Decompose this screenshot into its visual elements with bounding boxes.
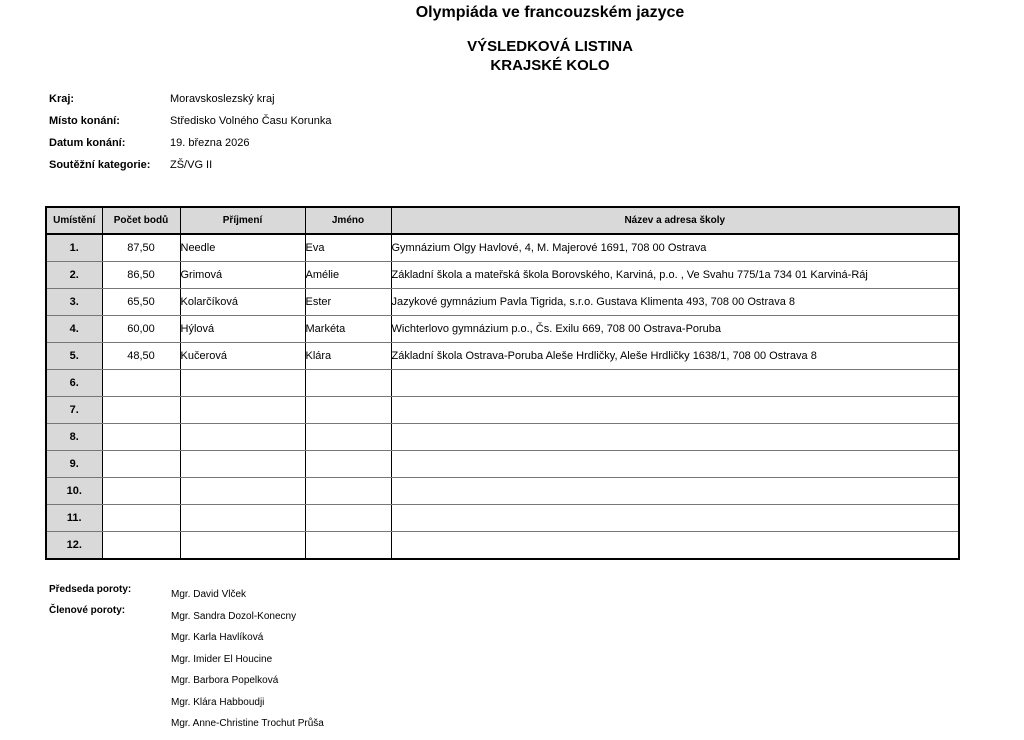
surname-cell: Kolarčíková (180, 289, 305, 316)
rank-cell: 9. (46, 451, 102, 478)
points-cell: 86,50 (102, 262, 180, 289)
points-cell (102, 478, 180, 505)
surname-cell: Grimová (180, 262, 305, 289)
surname-cell (180, 370, 305, 397)
surname-cell: Hýlová (180, 316, 305, 343)
jury-chair-label: Předseda poroty: (49, 584, 131, 595)
table-row: 8. (46, 424, 959, 451)
points-cell: 48,50 (102, 343, 180, 370)
school-cell: Wichterlovo gymnázium p.o., Čs. Exilu 66… (391, 316, 959, 343)
header-name: Jméno (305, 207, 391, 234)
name-cell: Klára (305, 343, 391, 370)
name-cell: Amélie (305, 262, 391, 289)
surname-cell (180, 397, 305, 424)
jury-members-label: Členové poroty: (49, 605, 125, 616)
info-row-venue: Místo konání: Středisko Volného Času Kor… (49, 115, 449, 137)
surname-cell (180, 532, 305, 560)
table-row: 6. (46, 370, 959, 397)
info-label: Datum konání: (49, 137, 125, 149)
name-cell (305, 478, 391, 505)
school-cell: Základní škola a mateřská škola Borovské… (391, 262, 959, 289)
table-row: 1.87,50NeedleEvaGymnázium Olgy Havlové, … (46, 234, 959, 262)
rank-cell: 2. (46, 262, 102, 289)
rank-cell: 1. (46, 234, 102, 262)
jury-member: Mgr. Karla Havlíková (171, 632, 324, 654)
surname-cell: Kučerová (180, 343, 305, 370)
school-cell (391, 532, 959, 560)
school-cell (391, 451, 959, 478)
rank-cell: 5. (46, 343, 102, 370)
rank-cell: 11. (46, 505, 102, 532)
name-cell (305, 451, 391, 478)
surname-cell (180, 451, 305, 478)
rank-cell: 12. (46, 532, 102, 560)
name-cell (305, 370, 391, 397)
points-cell (102, 424, 180, 451)
school-cell (391, 505, 959, 532)
name-cell: Markéta (305, 316, 391, 343)
table-row: 4.60,00HýlováMarkétaWichterlovo gymnáziu… (46, 316, 959, 343)
rank-cell: 3. (46, 289, 102, 316)
rank-cell: 4. (46, 316, 102, 343)
subtitle-line-1: VÝSLEDKOVÁ LISTINA (0, 37, 1024, 56)
results-body: 1.87,50NeedleEvaGymnázium Olgy Havlové, … (46, 234, 959, 559)
table-row: 2.86,50GrimováAmélieZákladní škola a mat… (46, 262, 959, 289)
school-cell (391, 424, 959, 451)
jury-member: Mgr. Sandra Dozol-Konecny (171, 611, 324, 633)
school-cell (391, 478, 959, 505)
name-cell (305, 424, 391, 451)
table-row: 9. (46, 451, 959, 478)
info-value: 19. března 2026 (170, 137, 250, 149)
table-row: 10. (46, 478, 959, 505)
rank-cell: 7. (46, 397, 102, 424)
surname-cell: Needle (180, 234, 305, 262)
school-cell (391, 370, 959, 397)
document-title: Olympiáda ve francouzském jazyce (0, 4, 1024, 22)
info-value: Středisko Volného Času Korunka (170, 115, 331, 127)
surname-cell (180, 505, 305, 532)
table-row: 3.65,50KolarčíkováEsterJazykové gymnáziu… (46, 289, 959, 316)
document-subtitle: VÝSLEDKOVÁ LISTINA KRAJSKÉ KOLO (0, 37, 1024, 75)
info-row-category: Soutěžní kategorie: ZŠ/VG II (49, 159, 449, 181)
points-cell: 65,50 (102, 289, 180, 316)
jury-member: Mgr. Barbora Popelková (171, 675, 324, 697)
rank-cell: 6. (46, 370, 102, 397)
info-row-region: Kraj: Moravskoslezský kraj (49, 93, 449, 115)
name-cell (305, 397, 391, 424)
table-row: 12. (46, 532, 959, 560)
name-cell: Ester (305, 289, 391, 316)
info-value: Moravskoslezský kraj (170, 93, 275, 105)
jury-member: Mgr. David Vlček (171, 589, 324, 611)
jury-member: Mgr. Imider El Houcine (171, 654, 324, 676)
surname-cell (180, 424, 305, 451)
subtitle-line-2: KRAJSKÉ KOLO (0, 56, 1024, 75)
school-cell: Gymnázium Olgy Havlové, 4, M. Majerové 1… (391, 234, 959, 262)
name-cell: Eva (305, 234, 391, 262)
table-row: 7. (46, 397, 959, 424)
school-cell: Jazykové gymnázium Pavla Tigrida, s.r.o.… (391, 289, 959, 316)
points-cell (102, 370, 180, 397)
header-points: Počet bodů (102, 207, 180, 234)
results-table: Umístění Počet bodů Příjmení Jméno Název… (45, 206, 960, 560)
info-row-date: Datum konání: 19. března 2026 (49, 137, 449, 159)
header-surname: Příjmení (180, 207, 305, 234)
surname-cell (180, 478, 305, 505)
name-cell (305, 532, 391, 560)
table-row: 11. (46, 505, 959, 532)
header-rank: Umístění (46, 207, 102, 234)
points-cell (102, 451, 180, 478)
table-header-row: Umístění Počet bodů Příjmení Jméno Název… (46, 207, 959, 234)
school-cell (391, 397, 959, 424)
info-label: Soutěžní kategorie: (49, 159, 150, 171)
points-cell (102, 505, 180, 532)
jury-member: Mgr. Klára Habboudji (171, 697, 324, 719)
info-value: ZŠ/VG II (170, 159, 212, 171)
jury-member: Mgr. Anne-Christine Trochut Průša (171, 718, 324, 740)
points-cell (102, 532, 180, 560)
event-info: Kraj: Moravskoslezský kraj Místo konání:… (49, 93, 449, 181)
jury-names-list: Mgr. David VlčekMgr. Sandra Dozol-Konecn… (171, 589, 324, 740)
points-cell: 60,00 (102, 316, 180, 343)
table-row: 5.48,50KučerováKláraZákladní škola Ostra… (46, 343, 959, 370)
name-cell (305, 505, 391, 532)
rank-cell: 10. (46, 478, 102, 505)
school-cell: Základní škola Ostrava-Poruba Aleše Hrdl… (391, 343, 959, 370)
info-label: Místo konání: (49, 115, 120, 127)
points-cell (102, 397, 180, 424)
header-school: Název a adresa školy (391, 207, 959, 234)
info-label: Kraj: (49, 93, 74, 105)
rank-cell: 8. (46, 424, 102, 451)
points-cell: 87,50 (102, 234, 180, 262)
